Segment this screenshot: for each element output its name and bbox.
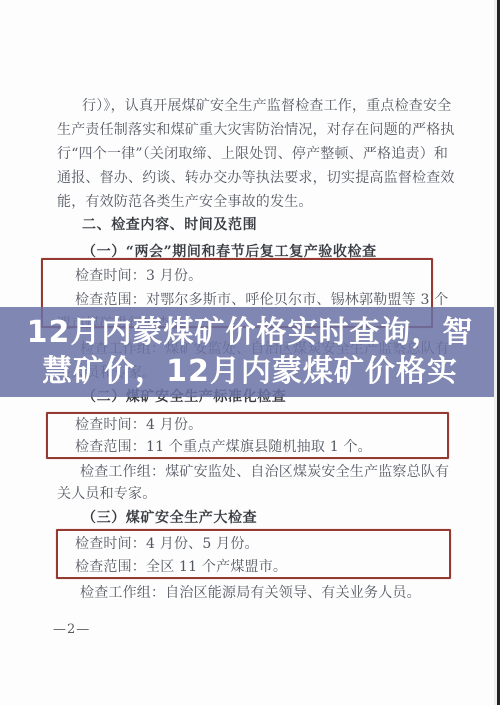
scanned-document-page: 行）》，认真开展煤矿安全生产监督检查工作，重点检查安全 生产责任制落实和煤矿重大… xyxy=(0,0,500,705)
overlay-title-line-1: 12月内蒙煤矿价格实时查询，智 xyxy=(27,313,474,352)
doc-line: 行）》，认真开展煤矿安全生产监督检查工作，重点检查安全 xyxy=(82,99,451,114)
subsection-heading-3: （三）煤矿安全生产大检查 xyxy=(82,511,257,526)
doc-line: 生产责任制落实和煤矿重大灾害防治情况，对存在问题的严格执 xyxy=(57,123,455,138)
doc-line: 关人员和专家。 xyxy=(57,487,156,502)
doc-line: 能，有效防范各类生产安全事故的发生。 xyxy=(57,195,313,210)
doc-line: 检查工作组：煤矿安监处、自治区煤炭安全生产监察总队有 xyxy=(80,465,449,480)
overlay-title-line-2: 慧矿价，12月内蒙煤矿价格实 xyxy=(42,352,458,391)
doc-line: 通报、督办、约谈、转办交办等执法要求，切实提高监督检查效 xyxy=(57,171,455,186)
section-heading: 二、检查内容、时间及范围 xyxy=(82,218,257,233)
doc-line: 检查工作组：自治区能源局有关领导、有关业务人员。 xyxy=(80,586,421,601)
doc-line: 行“四个一律”（关闭取缔、上限处罚、停产整顿、严格追责）和 xyxy=(57,147,448,162)
red-highlight-box-2 xyxy=(46,412,449,459)
red-highlight-box-3 xyxy=(56,529,451,579)
page-number: —2— xyxy=(53,622,90,637)
title-overlay-banner: 12月内蒙煤矿价格实时查询，智 慧矿价，12月内蒙煤矿价格实 xyxy=(0,307,500,397)
